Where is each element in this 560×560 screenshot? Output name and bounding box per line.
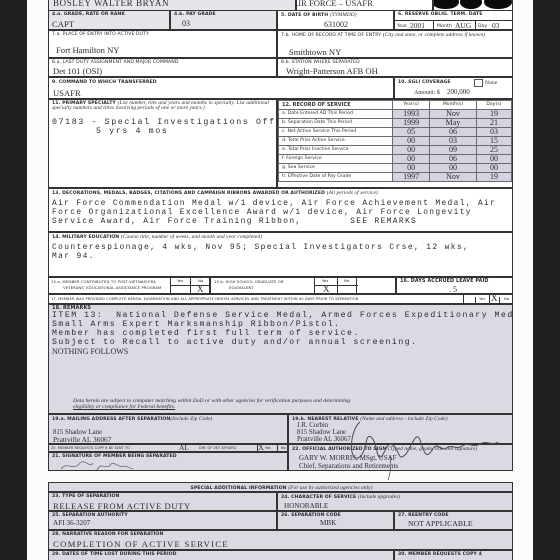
field-15b-high-school: 15.b. HIGH SCHOOL GRADUATE OR EQUIVALENT… [210, 277, 396, 294]
field-15a-no-label: No [198, 279, 203, 283]
field-15a-yes-label: Yes [177, 279, 183, 283]
field-13-label: 13. DECORATIONS, MEDALS, BADGES, CITATIO… [52, 190, 378, 196]
field-13-hint: (All periods of service) [327, 190, 378, 196]
field-15a-no-cell[interactable]: No X [190, 278, 210, 294]
ros-row-label: f. Foreign Service [279, 155, 393, 164]
ros-month: Nov [430, 173, 477, 182]
field-17-label: 17. MEMBER WAS PROVIDED COMPLETE DENTAL … [51, 297, 358, 301]
field-4a-label: 4.a. GRADE, RATE OR RANK [52, 12, 125, 17]
field-16-value: . 5 [449, 286, 457, 294]
field-6-month-value: AUG [455, 22, 471, 30]
field-7b-label-text: 7.b. HOME OF RECORD AT TIME OF ENTRY [281, 33, 381, 38]
field-11-line2: 5 yrs 4 mos [96, 128, 168, 137]
field-29-time-lost: 29. DATES OF TIME LOST DURING THIS PERIO… [48, 550, 394, 560]
field-7a-place-of-entry: 7.a. PLACE OF ENTRY INTO ACTIVE DUTY For… [48, 30, 277, 58]
sgli-amount-value: 200,000 [447, 89, 470, 96]
sgli-amount-label: Amount: $ [414, 90, 440, 97]
field-27-label: 27. REENTRY CODE [398, 513, 449, 518]
field-15b-label-1: 15.b. HIGH SCHOOL GRADUATE OR [214, 280, 284, 284]
field-24-value: HONORABLE [284, 503, 328, 511]
field-9-command-transferred: 9. COMMAND TO WHICH TRANSFERRED USAFR [48, 77, 394, 99]
ros-row-label: b. Separation Date This Period [279, 119, 393, 128]
field-14-line1: Counterespionage, 4 wks, Nov 95; Special… [52, 244, 469, 252]
field-17-yes-mark[interactable]: X [489, 294, 499, 304]
field-17-no-label[interactable]: No [499, 297, 513, 304]
field-20-yes-label[interactable]: Yes [265, 447, 271, 451]
field-14-hint: (Course title, number of weeks, and mont… [121, 234, 262, 240]
field-27-reentry-code: 27. REENTRY CODE NOT APPLICABLE [394, 511, 513, 530]
field-21-member-signature: 21. SIGNATURE OF MEMBER BEING SEPARATED [48, 452, 288, 471]
notice-line-2: eligibility or compliance for Federal be… [73, 404, 350, 410]
field-10-sgli: 10. SGLI COVERAGE None Amount: $ 200,000 [394, 77, 513, 99]
field-6-month-cell: Month AUG [434, 21, 476, 30]
field-5-label-text: 5. DATE OF BIRTH [281, 13, 328, 18]
sgli-none-checkbox[interactable] [474, 79, 483, 87]
field-11-primary-specialty: 11. PRIMARY SPECIALTY (List number, titl… [48, 99, 277, 188]
remarks-line-5: NOTHING FOLLOWS [52, 348, 128, 356]
field-14-military-education: 14. MILITARY EDUCATION (Course title, nu… [48, 232, 513, 277]
ros-day: 19 [476, 173, 511, 182]
field-28-label: 28. NARRATIVE REASON FOR SEPARATION [52, 532, 163, 537]
special-info-hint: (For use by authorized agencies only) [288, 485, 372, 491]
field-23-type-of-separation: 23. TYPE OF SEPARATION RELEASE FROM ACTI… [48, 492, 277, 511]
field-7b-hint: (City and state, or complete address if … [383, 32, 485, 38]
field-7a-label: 7.a. PLACE OF ENTRY INTO ACTIVE DUTY [52, 32, 149, 37]
table-row: f. Foreign Service000600 [279, 155, 512, 164]
field-17-blank-cell [463, 295, 474, 304]
member-signature-image [59, 459, 139, 471]
field-24-hint: (Include upgrades) [358, 494, 400, 500]
field-8a-label: 8.a. LAST DUTY ASSIGNMENT AND MAJOR COMM… [52, 60, 178, 65]
field-6-year-label: Year [397, 24, 407, 29]
field-9-value: USAFR [53, 89, 81, 98]
field-6-day-value: 03 [492, 22, 500, 30]
field-15b-no-cell[interactable]: No [337, 278, 357, 294]
field-4b-value: 03 [182, 20, 190, 28]
field-26-value: MBK [320, 520, 336, 528]
field-13-line3: Service Award, Air Force Training Ribbon… [52, 218, 417, 226]
ros-row-label: g. Sea Service [279, 164, 393, 173]
branch-value: AIR FORCE – USAFR [296, 0, 373, 8]
field-4b-pay-grade: 4.b. PAY GRADE 03 [170, 10, 277, 30]
field-6-day-label: Day [478, 24, 487, 29]
record-of-service-table: 12. RECORD OF SERVICE Year(s) Month(s) D… [278, 100, 512, 182]
field-6-month-label: Month [437, 24, 452, 29]
field-15b-yes-mark: X [323, 285, 330, 294]
field-24-label: 24. CHARACTER OF SERVICE (Include upgrad… [281, 494, 400, 500]
special-info-title-text: SPECIAL ADDITIONAL INFORMATION [191, 486, 287, 491]
field-25-value: AFI 36-3207 [53, 520, 90, 528]
field-15a-label-1: 15.a. MEMBER CONTRIBUTED TO POST-VIETNAM… [51, 280, 156, 284]
field-15b-yes-cell[interactable]: Yes X [314, 278, 337, 294]
field-30-label: 30. MEMBER REQUESTS COPY 4 [398, 552, 482, 557]
field-20-state: AL [179, 444, 189, 452]
field-15a-no-mark: X [197, 285, 204, 294]
table-row: c. Net Active Service This Period050603 [279, 128, 512, 137]
table-row: e. Total Prior Inactive Service000925 [279, 146, 512, 155]
field-24-character-of-service: 24. CHARACTER OF SERVICE (Include upgrad… [277, 492, 513, 511]
field-19a-label: 19.a. MAILING ADDRESS AFTER SEPARATION(I… [52, 416, 212, 422]
field-4a-grade: 4.a. GRADE, RATE OR RANK CAPT [48, 10, 170, 30]
field-15b-no-label: No [344, 279, 349, 283]
table-row: b. Separation Date This Period1999May21 [279, 119, 512, 128]
field-7b-value: Smithtown NY [289, 48, 341, 57]
field-8a-value: Det 101 (OSI) [53, 67, 102, 76]
ros-row-label: c. Net Active Service This Period [279, 128, 393, 137]
computer-matching-notice: Data herein are subject to computer matc… [73, 398, 350, 411]
field-11-label: 11. PRIMARY SPECIALTY (List number, titl… [52, 101, 274, 112]
field-23-label: 23. TYPE OF SEPARATION [52, 494, 119, 499]
field-20-copy-6-request: 20. MEMBER REQUESTS COPY 6 BE SENT TO AL… [48, 444, 288, 452]
field-6-label: 6. RESERVE OBLIG. TERM. DATE [398, 12, 482, 17]
official-signature-image [320, 410, 510, 480]
field-14-label-text: 14. MILITARY EDUCATION [52, 235, 119, 240]
field-19a-hint: (Include Zip Code) [170, 416, 212, 422]
table-row: d. Total Prior Active Service000315 [279, 137, 512, 146]
field-17-yes-label[interactable]: Yes [475, 297, 488, 304]
field-25-separation-authority: 25. SEPARATION AUTHORITY AFI 36-3207 [48, 511, 277, 530]
field-20-no-label[interactable]: No [277, 444, 288, 452]
field-16-label: 16. DAYS ACCRUED LEAVE PAID [400, 279, 489, 285]
field-6-reserve-term: 6. RESERVE OBLIG. TERM. DATE Year 2001 M… [394, 10, 513, 30]
field-6-date-row: Year 2001 Month AUG Day 03 [395, 20, 513, 30]
field-4b-label: 4.b. PAY GRADE [174, 12, 216, 17]
member-name: BOSLEY WALTER BRYAN [53, 0, 169, 8]
field-13-label-text: 13. DECORATIONS, MEDALS, BADGES, CITATIO… [52, 191, 325, 196]
field-27-value: NOT APPLICABLE [408, 520, 473, 528]
field-28-narrative-reason: 28. NARRATIVE REASON FOR SEPARATION COMP… [48, 530, 513, 550]
ros-row-label: h. Effective Date of Pay Grade [279, 173, 393, 182]
ros-year: 1997 [393, 173, 430, 182]
field-16-leave-paid: 16. DAYS ACCRUED LEAVE PAID . 5 [396, 277, 513, 294]
table-row: a. Date Entered AD This Period1993Nov19 [279, 110, 512, 119]
field-8a-last-duty: 8.a. LAST DUTY ASSIGNMENT AND MAJOR COMM… [48, 58, 277, 77]
ros-row-label: a. Date Entered AD This Period [279, 110, 393, 119]
field-20-label: 20. MEMBER REQUESTS COPY 6 BE SENT TO [51, 447, 130, 451]
field-6-year-cell: Year 2001 [395, 21, 434, 30]
field-15a-yes-cell[interactable]: Yes [170, 278, 190, 294]
field-9-label: 9. COMMAND TO WHICH TRANSFERRED [52, 80, 157, 85]
field-8b-value: Wright-Patterson AFB OH [286, 67, 378, 76]
field-15a-label-2: VETERANS' EDUCATIONAL ASSISTANCE PROGRAM [63, 286, 161, 290]
field-8b-station-separated: 8.b. STATION WHERE SEPARATED Wright-Patt… [277, 58, 513, 77]
field-13-decorations: 13. DECORATIONS, MEDALS, BADGES, CITATIO… [48, 188, 513, 232]
field-15b-yes-label: Yes [322, 279, 328, 283]
field-8b-label: 8.b. STATION WHERE SEPARATED [281, 60, 360, 65]
field-6-year-value: 2001 [410, 22, 425, 30]
field-26-separation-code: 26. SEPARATION CODE MBK [277, 511, 394, 530]
field-4a-value: CAPT [52, 20, 74, 29]
field-20-yes-mark[interactable]: X [257, 444, 265, 452]
field-18-remarks: 18. REMARKS ITEM 13: National Defense Se… [48, 304, 513, 414]
field-14-label: 14. MILITARY EDUCATION (Course title, nu… [52, 234, 262, 240]
ros-title: 12. RECORD OF SERVICE [279, 101, 393, 110]
field-20-suffix: DIR. OF VET AFFAIRS [199, 447, 236, 451]
field-19a-line2: Prattville AL 36067 [53, 436, 111, 444]
redaction-mark [460, 0, 482, 9]
field-26-label: 26. SEPARATION CODE [281, 513, 341, 518]
field-7b-home-of-record: 7.b. HOME OF RECORD AT TIME OF ENTRY (Ci… [277, 30, 513, 58]
field-7b-label: 7.b. HOME OF RECORD AT TIME OF ENTRY (Ci… [281, 32, 511, 38]
field-25-label: 25. SEPARATION AUTHORITY [52, 513, 128, 518]
sgli-none-label: None [485, 80, 497, 86]
ros-row-label: e. Total Prior Inactive Service [279, 146, 393, 155]
special-info-title: SPECIAL ADDITIONAL INFORMATION (For use … [49, 485, 513, 491]
field-14-line2: Mar 94. [52, 253, 95, 261]
redaction-mark [484, 0, 512, 9]
field-6-day-cell: Day 03 [476, 21, 513, 30]
table-row: g. Sea Service000000 [279, 164, 512, 173]
field-10-label: 10. SGLI COVERAGE [398, 80, 451, 85]
field-12-record-of-service: 12. RECORD OF SERVICE Year(s) Month(s) D… [277, 99, 513, 188]
ros-header-row: 12. RECORD OF SERVICE Year(s) Month(s) D… [279, 101, 512, 110]
ros-row-label: d. Total Prior Active Service [279, 137, 393, 146]
field-28-value: COMPLETION OF ACTIVE SERVICE [53, 540, 229, 549]
table-row: h. Effective Date of Pay Grade1997Nov19 [279, 173, 512, 182]
field-24-label-text: 24. CHARACTER OF SERVICE [281, 495, 356, 500]
field-15a-veap: 15.a. MEMBER CONTRIBUTED TO POST-VIETNAM… [48, 277, 210, 294]
field-5-hint: (YYMMDD) [330, 12, 357, 18]
field-19a-mailing-address: 19.a. MAILING ADDRESS AFTER SEPARATION(I… [48, 414, 288, 444]
field-5-label: 5. DATE OF BIRTH (YYMMDD) [281, 12, 357, 18]
redaction-mark [433, 0, 459, 9]
field-17-dental-exam: 17. MEMBER WAS PROVIDED COMPLETE DENTAL … [48, 294, 513, 304]
field-19a-label-text: 19.a. MAILING ADDRESS AFTER SEPARATION [52, 417, 170, 422]
field-7a-value: Fort Hamilton NY [56, 46, 120, 55]
field-5-value: 631002 [324, 21, 348, 29]
field-5-dob: 5. DATE OF BIRTH (YYMMDD) 631002 [277, 10, 394, 30]
field-30-copy-4-request: 30. MEMBER REQUESTS COPY 4 [394, 550, 513, 560]
field-15b-label-2: EQUIVALENT [229, 286, 254, 290]
field-23-value: RELEASE FROM ACTIVE DUTY [53, 502, 191, 511]
field-29-label: 29. DATES OF TIME LOST DURING THIS PERIO… [52, 552, 177, 557]
special-additional-info-header: SPECIAL ADDITIONAL INFORMATION (For use … [48, 482, 513, 492]
